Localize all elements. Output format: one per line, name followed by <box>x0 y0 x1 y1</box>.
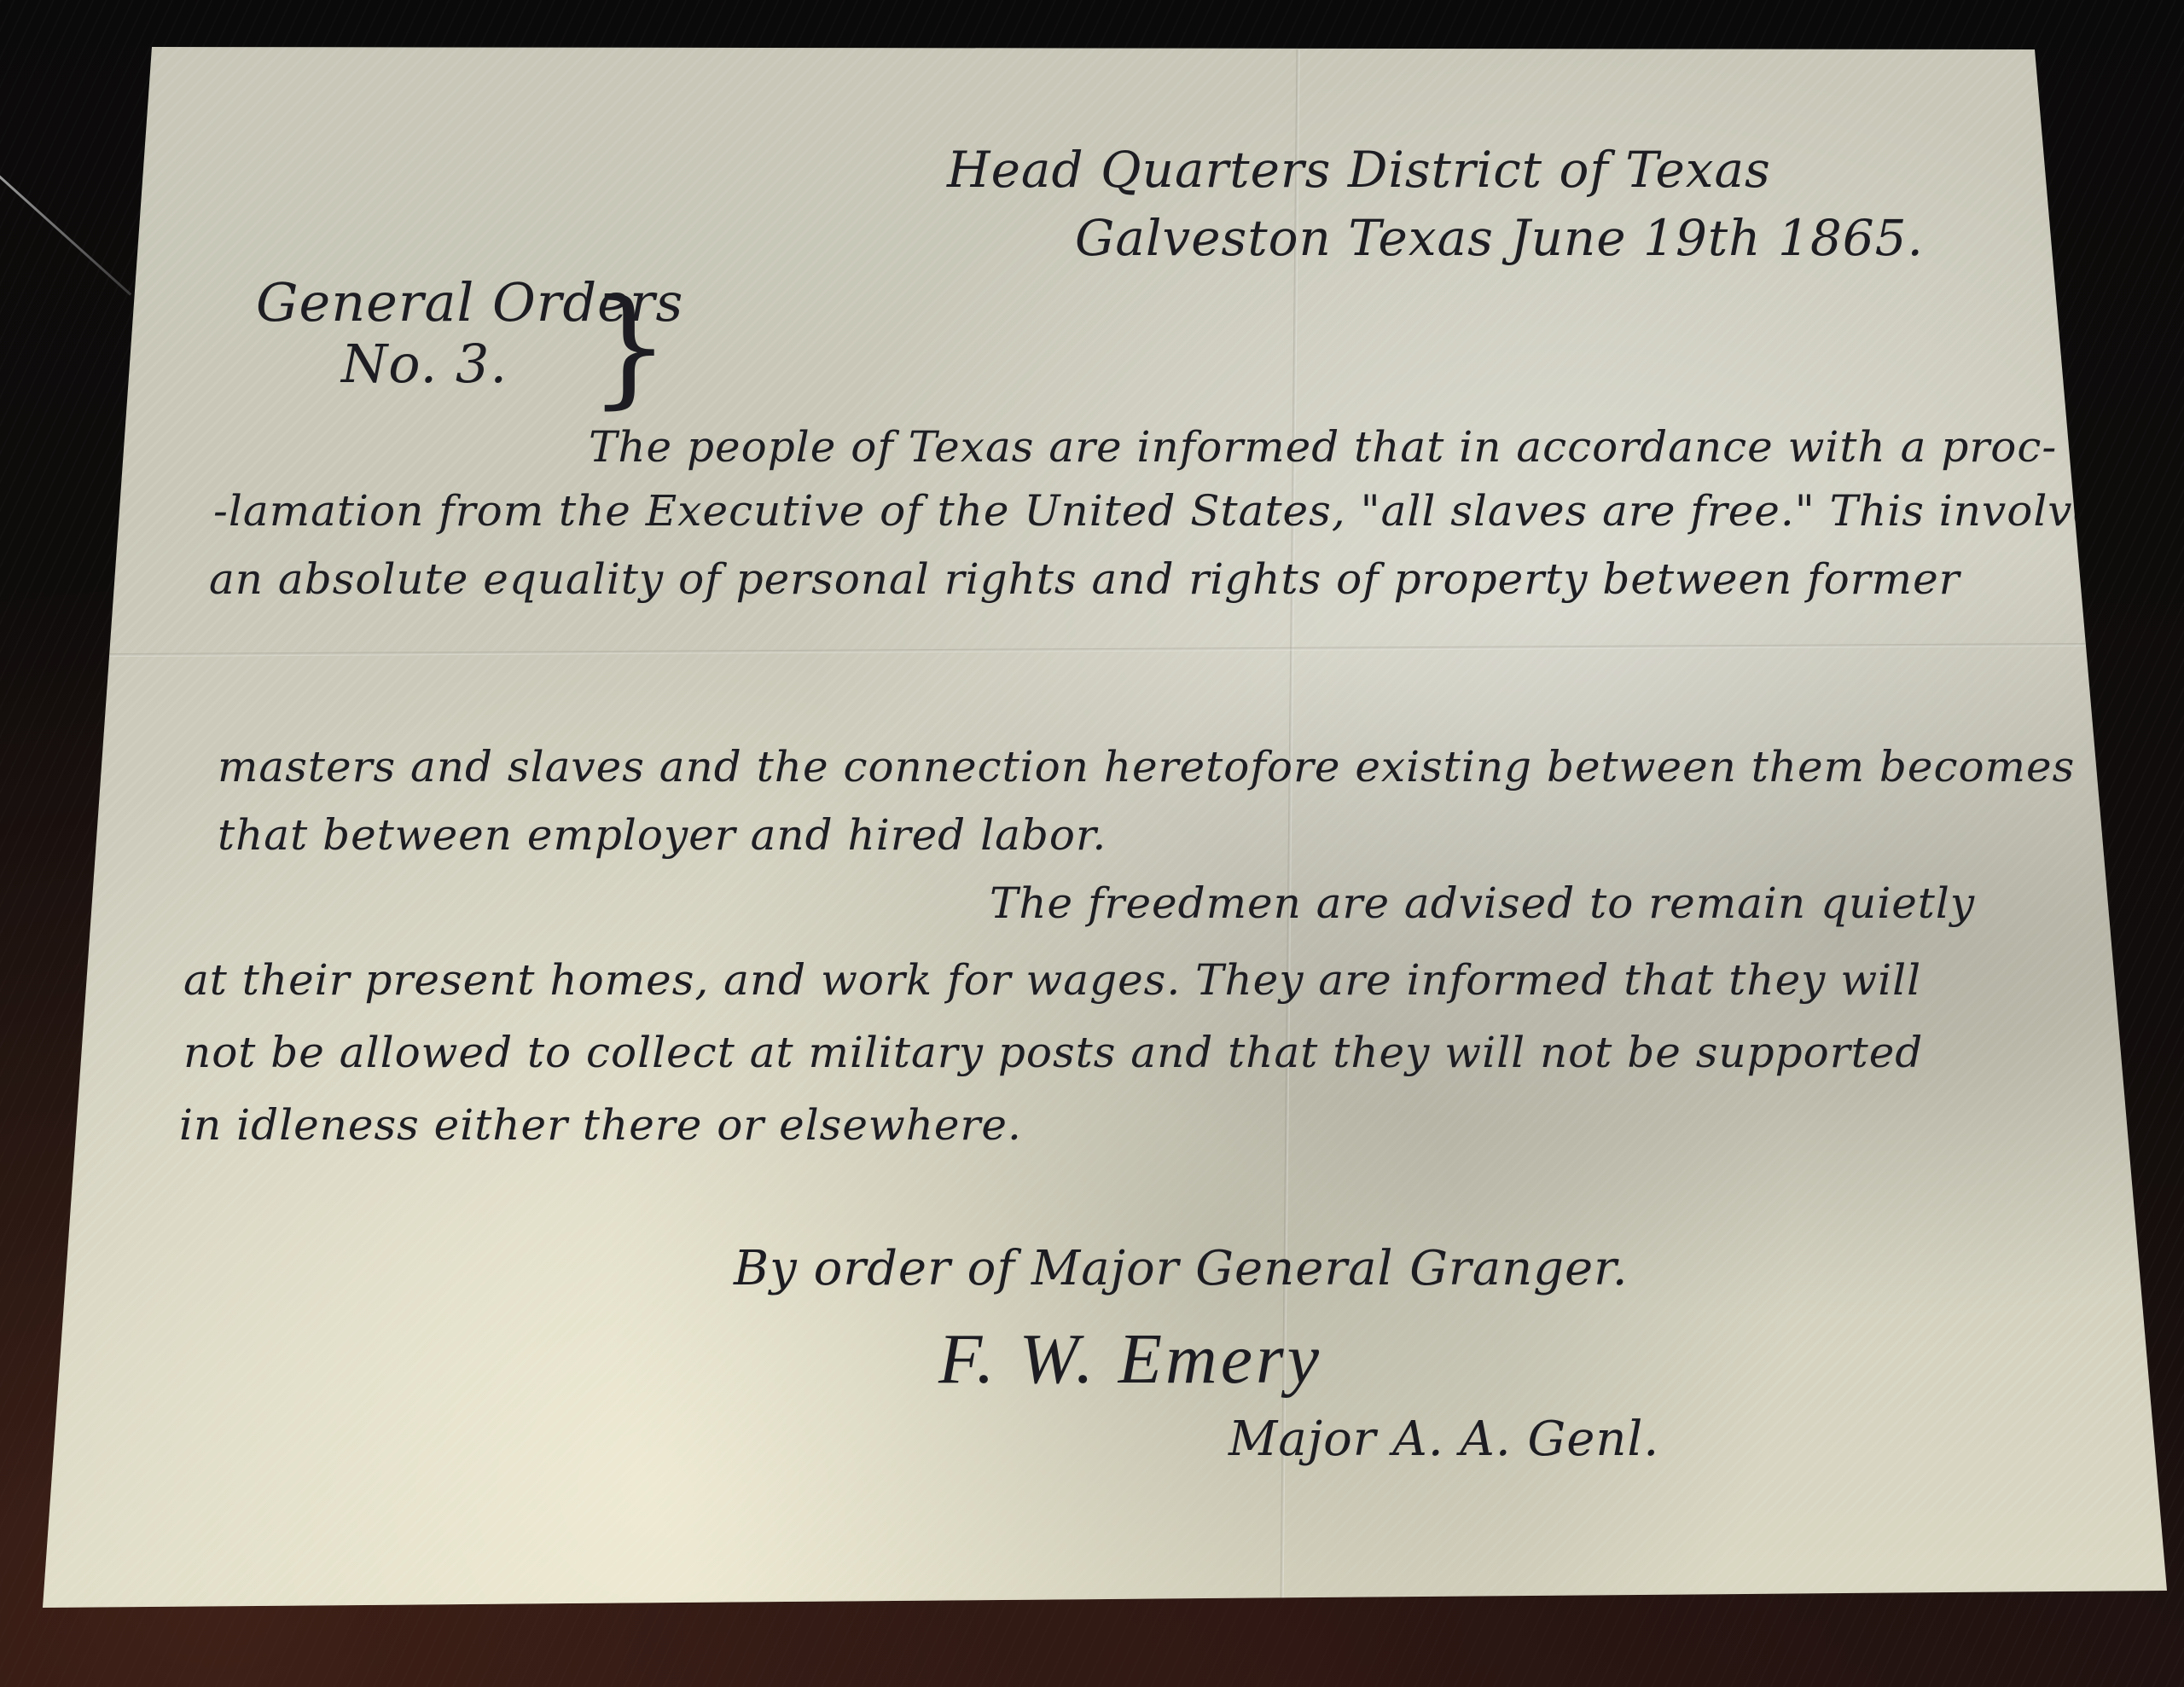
body-line-3: an absolute equality of personal rights … <box>209 554 1960 604</box>
order-brace: } <box>589 273 671 421</box>
body-line-4: masters and slaves and the connection he… <box>218 742 2075 791</box>
header-place-date: Galveston Texas June 19th 1865. <box>1075 209 1924 267</box>
body-line-7: at their present homes, and work for wag… <box>183 955 1921 1005</box>
signatory-title: Major A. A. Genl. <box>1228 1412 1659 1467</box>
header-headquarters: Head Quarters District of Texas <box>947 141 1771 199</box>
body-line-9: in idleness either there or elsewhere. <box>179 1100 1022 1150</box>
body-line-8: not be allowed to collect at military po… <box>183 1028 1923 1077</box>
table-edge <box>0 145 131 295</box>
signature: F. W. Emery <box>938 1318 1322 1400</box>
document-photo: Head Quarters District of Texas Galvesto… <box>0 0 2184 1687</box>
body-line-2: -lamation from the Executive of the Unit… <box>213 486 2122 536</box>
horizontal-fold-crease <box>51 643 2158 658</box>
order-number: No. 3. <box>341 333 508 395</box>
by-order-line: By order of Major General Granger. <box>734 1241 1629 1296</box>
paper-sheet: Head Quarters District of Texas Galvesto… <box>0 0 2184 1687</box>
body-line-5: that between employer and hired labor. <box>218 810 1107 860</box>
body-line-6: The freedmen are advised to remain quiet… <box>990 878 1975 928</box>
body-line-1: The people of Texas are informed that in… <box>589 422 2057 472</box>
